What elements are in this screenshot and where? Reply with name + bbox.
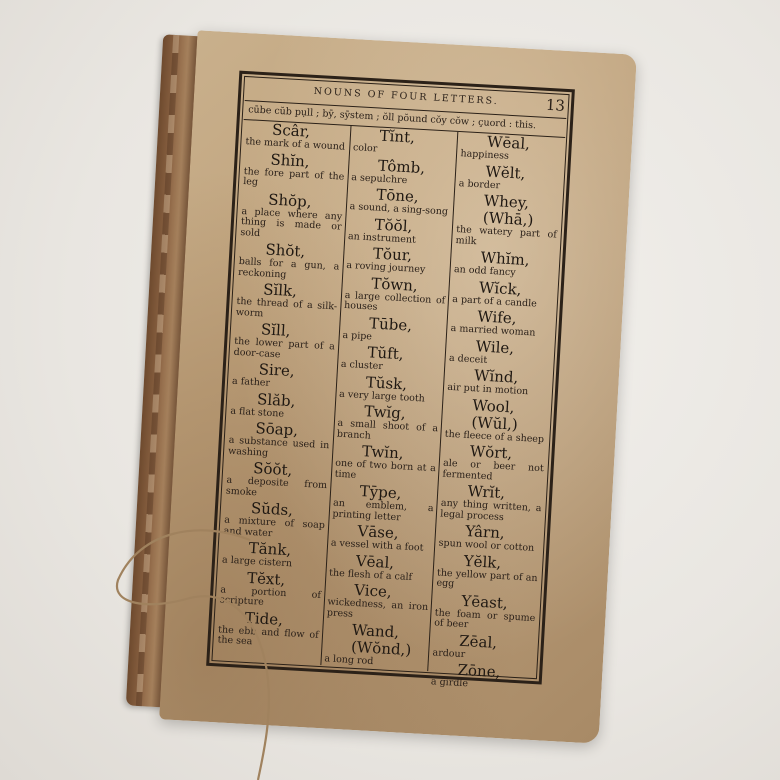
list-item: Yârn,spun wool or cotton — [438, 522, 540, 555]
word-columns: Scâr,the mark of a woundShĭn,the fore pa… — [214, 120, 566, 677]
old-book: NOUNS OF FOUR LETTERS. 13 cūbe cŭb pụll … — [159, 30, 637, 743]
list-item: Vāse,a vessel with a foot — [331, 522, 433, 555]
list-item: Tĕxt,a portion of scripture — [220, 568, 323, 612]
list-item: Wand,(Wŏnd,)a long rod — [324, 620, 427, 670]
list-item: Wool, (Wŭl,)the fleece of a sheep — [444, 395, 547, 445]
list-item: Tŏwn,a large collection of houses — [344, 273, 447, 317]
list-item: Whĭm,an odd fancy — [454, 248, 556, 281]
entry-definition: a place where any thing is made or sold — [240, 207, 342, 244]
entry-definition: one of two born at a time — [334, 459, 436, 486]
list-item: Shĭn,the fore part of the leg — [243, 150, 346, 194]
list-item: Wēal,happiness — [460, 132, 562, 165]
list-item: Yēast,the foam or spume of beer — [434, 591, 537, 635]
entry-definition: an emblem, a printing letter — [332, 499, 434, 526]
page-number: 13 — [545, 95, 565, 116]
list-item: Tănk,a large cistern — [222, 538, 324, 571]
entry-definition: balls for a gun, a reckoning — [238, 257, 340, 284]
list-item: Tŭft,a cluster — [341, 343, 443, 376]
entry-definition: a large collection of houses — [344, 290, 446, 317]
list-item: Wile,a deceit — [449, 336, 551, 369]
list-item: Scâr,the mark of a wound — [245, 120, 347, 153]
page-frame: NOUNS OF FOUR LETTERS. 13 cūbe cŭb pụll … — [206, 71, 575, 685]
list-item: Zēal,ardour — [432, 631, 534, 664]
list-item: Wife,a married woman — [450, 307, 552, 340]
entry-definition: wickedness, an iron press — [327, 597, 429, 624]
list-item: Shŏp,a place where any thing is made or … — [240, 190, 343, 244]
entry-definition: the ebb and flow of the sea — [217, 625, 319, 652]
list-item: Twĭn,one of two born at a time — [334, 442, 437, 486]
list-item: Tide,the ebb and flow of the sea — [217, 608, 320, 652]
list-item: Shŏt,balls for a gun, a reckoning — [238, 240, 341, 284]
list-item: Twĭg,a small shoot of a branch — [337, 402, 440, 446]
list-item: Vice,wickedness, an iron press — [327, 580, 430, 624]
entry-definition: the watery part of milk — [455, 225, 557, 252]
book-page: NOUNS OF FOUR LETTERS. 13 cūbe cŭb pụll … — [159, 30, 637, 743]
entry-definition: the thread of a silk-worm — [236, 297, 338, 324]
entry-definition: the fore part of the leg — [243, 167, 345, 194]
list-item: Wĭnd,air put in motion — [447, 366, 549, 399]
list-item: Sire,a father — [232, 360, 334, 393]
list-item: Sĭll,the lower part of a door-case — [233, 320, 336, 364]
list-item: Zōne,a girdle — [431, 660, 533, 693]
list-item: Tȳpe,an emblem, a printing letter — [332, 482, 435, 526]
list-item: Sŭds,a mixture of soap and water — [223, 499, 326, 543]
entry-definition: the foam or spume of beer — [434, 608, 536, 635]
list-item: Tŏŏl,an instrument — [348, 215, 450, 248]
list-item: Wĭck,a part of a candle — [452, 277, 554, 310]
list-item: Whey, (Whā,)the watery part of milk — [455, 191, 559, 252]
entry-definition: the yellow part of an egg — [436, 568, 538, 595]
list-item: Tōne,a sound, a sing-song — [349, 185, 451, 218]
entry-definition: a deposite from smoke — [226, 476, 328, 503]
list-item: Yĕlk,the yellow part of an egg — [436, 551, 539, 595]
entry-definition: a mixture of soap and water — [223, 516, 325, 543]
list-item: Wĕlt,a border — [458, 162, 560, 195]
entry-definition: any thing written, a legal process — [440, 499, 542, 526]
list-item: Sĭlk,the thread of a silk-worm — [236, 280, 339, 324]
entry-definition: a portion of scripture — [220, 585, 322, 612]
list-item: Sŏŏt,a deposite from smoke — [226, 459, 329, 503]
entry-definition: the lower part of a door-case — [233, 337, 335, 364]
list-item: Slăb,a flat stone — [230, 389, 332, 422]
list-item: Tŏur,a roving journey — [346, 244, 448, 277]
list-item: Sōap,a substance used in washing — [228, 419, 331, 463]
entry-definition: a substance used in washing — [228, 436, 330, 463]
list-item: Vēal,the flesh of a calf — [329, 551, 431, 584]
list-item: Wrĭt,any thing written, a legal process — [440, 482, 543, 526]
entry-definition: a small shoot of a branch — [337, 419, 439, 446]
list-item: Tômb,a sepulchre — [351, 156, 453, 189]
entry-definition: ale or beer not fermented — [442, 459, 544, 486]
list-item: Tĭnt,color — [353, 126, 455, 159]
list-item: Tūbe,a pipe — [342, 313, 444, 346]
list-item: Wŏrt,ale or beer not fermented — [442, 442, 545, 486]
list-item: Tŭsk,a very large tooth — [339, 372, 441, 405]
